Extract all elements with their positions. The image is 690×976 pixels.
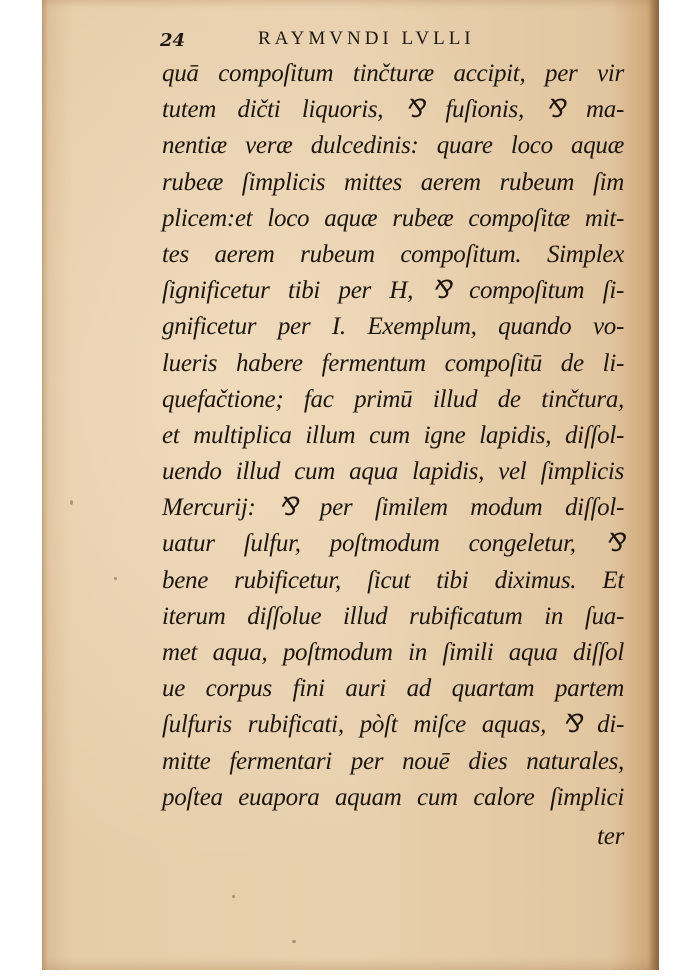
text-line: met aqua, poſtmodum in ſimili aqua diſſo…	[162, 635, 624, 671]
paper-speck	[70, 500, 73, 505]
text-line: poſtea euapora aquam cum calore ſimplici	[162, 780, 624, 816]
page-edge-shadow	[649, 0, 659, 970]
text-line: nentiæ veræ dulcedinis: quare loco aquæ	[162, 128, 624, 164]
text-line: ſignificetur tibi per H, ⅋ compoſitum ſi…	[162, 273, 624, 309]
catchword: ter	[162, 816, 624, 858]
text-line: tutem dičti liquoris, ⅋ fuſionis, ⅋ ma-	[162, 92, 624, 128]
text-line: bene rubificetur, ſicut tibi diximus. Et	[162, 563, 624, 599]
text-line: mitte fermentari per nouē dies naturales…	[162, 744, 624, 780]
running-head: RAYMVNDI LVLLI	[258, 28, 475, 50]
text-line: uendo illud cum aqua lapidis, vel ſimpli…	[162, 454, 624, 490]
text-line: rubeæ ſimplicis mittes aerem rubeum ſim	[162, 165, 624, 201]
body-text: quā compoſitum tinčturæ accipit, per vir…	[162, 56, 624, 858]
text-line: quefačtione; fac primū illud de tinčtura…	[162, 382, 624, 418]
paper-speck	[114, 577, 117, 580]
text-line: plicem:et loco aquæ rubeæ compoſitæ mit-	[162, 201, 624, 237]
paper-speck	[292, 940, 296, 943]
paper-speck	[232, 895, 235, 898]
text-line: uatur ſulfur, poſtmodum congeletur, ⅋	[162, 526, 624, 562]
text-line: Mercurij: ⅋ per ſimilem modum diſſol-	[162, 490, 624, 526]
text-line: gnificetur per I. Exemplum, quando vo-	[162, 309, 624, 345]
text-line: quā compoſitum tinčturæ accipit, per vir	[162, 56, 624, 92]
text-line: tes aerem rubeum compoſitum. Simplex	[162, 237, 624, 273]
text-line: iterum diſſolue illud rubificatum in ſua…	[162, 599, 624, 635]
text-line: lueris habere fermentum compoſitū de li-	[162, 346, 624, 382]
text-line: ue corpus fini auri ad quartam partem	[162, 671, 624, 707]
page-number: 24	[160, 30, 185, 51]
text-line: ſulfuris rubificati, pòſt miſce aquas, ⅋…	[162, 707, 624, 743]
book-page: 24 RAYMVNDI LVLLI quā compoſitum tinčtur…	[42, 0, 659, 970]
page-header: 24 RAYMVNDI LVLLI	[160, 26, 620, 56]
text-line: et multiplica illum cum igne lapidis, di…	[162, 418, 624, 454]
